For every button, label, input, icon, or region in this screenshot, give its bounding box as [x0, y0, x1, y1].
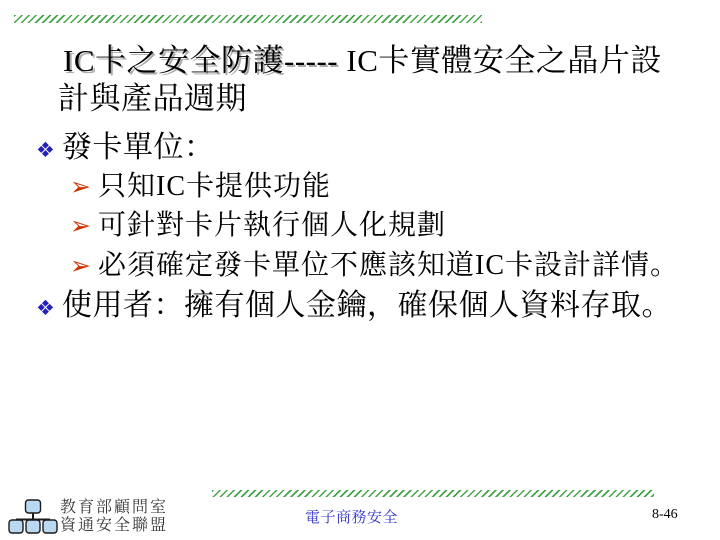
- sub-bullet-text: 可針對卡片執行個人化規劃: [98, 210, 446, 241]
- bullet-item: ❖發卡單位：: [36, 122, 215, 166]
- organization-line1: 教育部顧問室: [60, 499, 168, 517]
- slide-title-shadowed-run: IC卡之安全防護-----: [63, 43, 346, 78]
- bottom-hatch-divider: [212, 490, 654, 497]
- bullet-item: ❖使用者：擁有個人金鑰，確保個人資料存取。: [36, 280, 672, 324]
- page-number: 8-46: [652, 507, 678, 523]
- bullet-text: 使用者：擁有個人金鑰，確保個人資料存取。: [62, 289, 672, 322]
- sub-bullet-text: 只知IC卡提供功能: [98, 171, 331, 202]
- presentation-slide: IC卡之安全防護----- IC卡實體安全之晶片設計與產品週期 ❖發卡單位： ➢…: [0, 0, 720, 540]
- sub-bullet-item: ➢可針對卡片執行個人化規劃: [70, 203, 446, 243]
- slide-title: IC卡之安全防護----- IC卡實體安全之晶片設計與產品週期: [58, 42, 663, 118]
- org-chart-icon: [8, 498, 58, 538]
- diamond-cluster-icon: ❖: [36, 296, 62, 320]
- arrowhead-icon: ➢: [70, 172, 98, 201]
- footer-course-title: 電子商務安全: [305, 506, 398, 527]
- diamond-cluster-icon: ❖: [36, 138, 62, 162]
- sub-bullet-item: ➢必須確定發卡單位不應該知道IC卡設計詳情。: [70, 243, 679, 283]
- bullet-text: 發卡單位：: [62, 131, 215, 164]
- top-hatch-divider: [14, 15, 482, 23]
- arrowhead-icon: ➢: [70, 251, 98, 280]
- arrowhead-icon: ➢: [70, 211, 98, 240]
- sub-bullet-text: 必須確定發卡單位不應該知道IC卡設計詳情。: [98, 250, 679, 281]
- organization-name: 教育部顧問室 資通安全聯盟: [60, 499, 168, 535]
- organization-line2: 資通安全聯盟: [60, 517, 168, 535]
- sub-bullet-item: ➢只知IC卡提供功能: [70, 164, 331, 204]
